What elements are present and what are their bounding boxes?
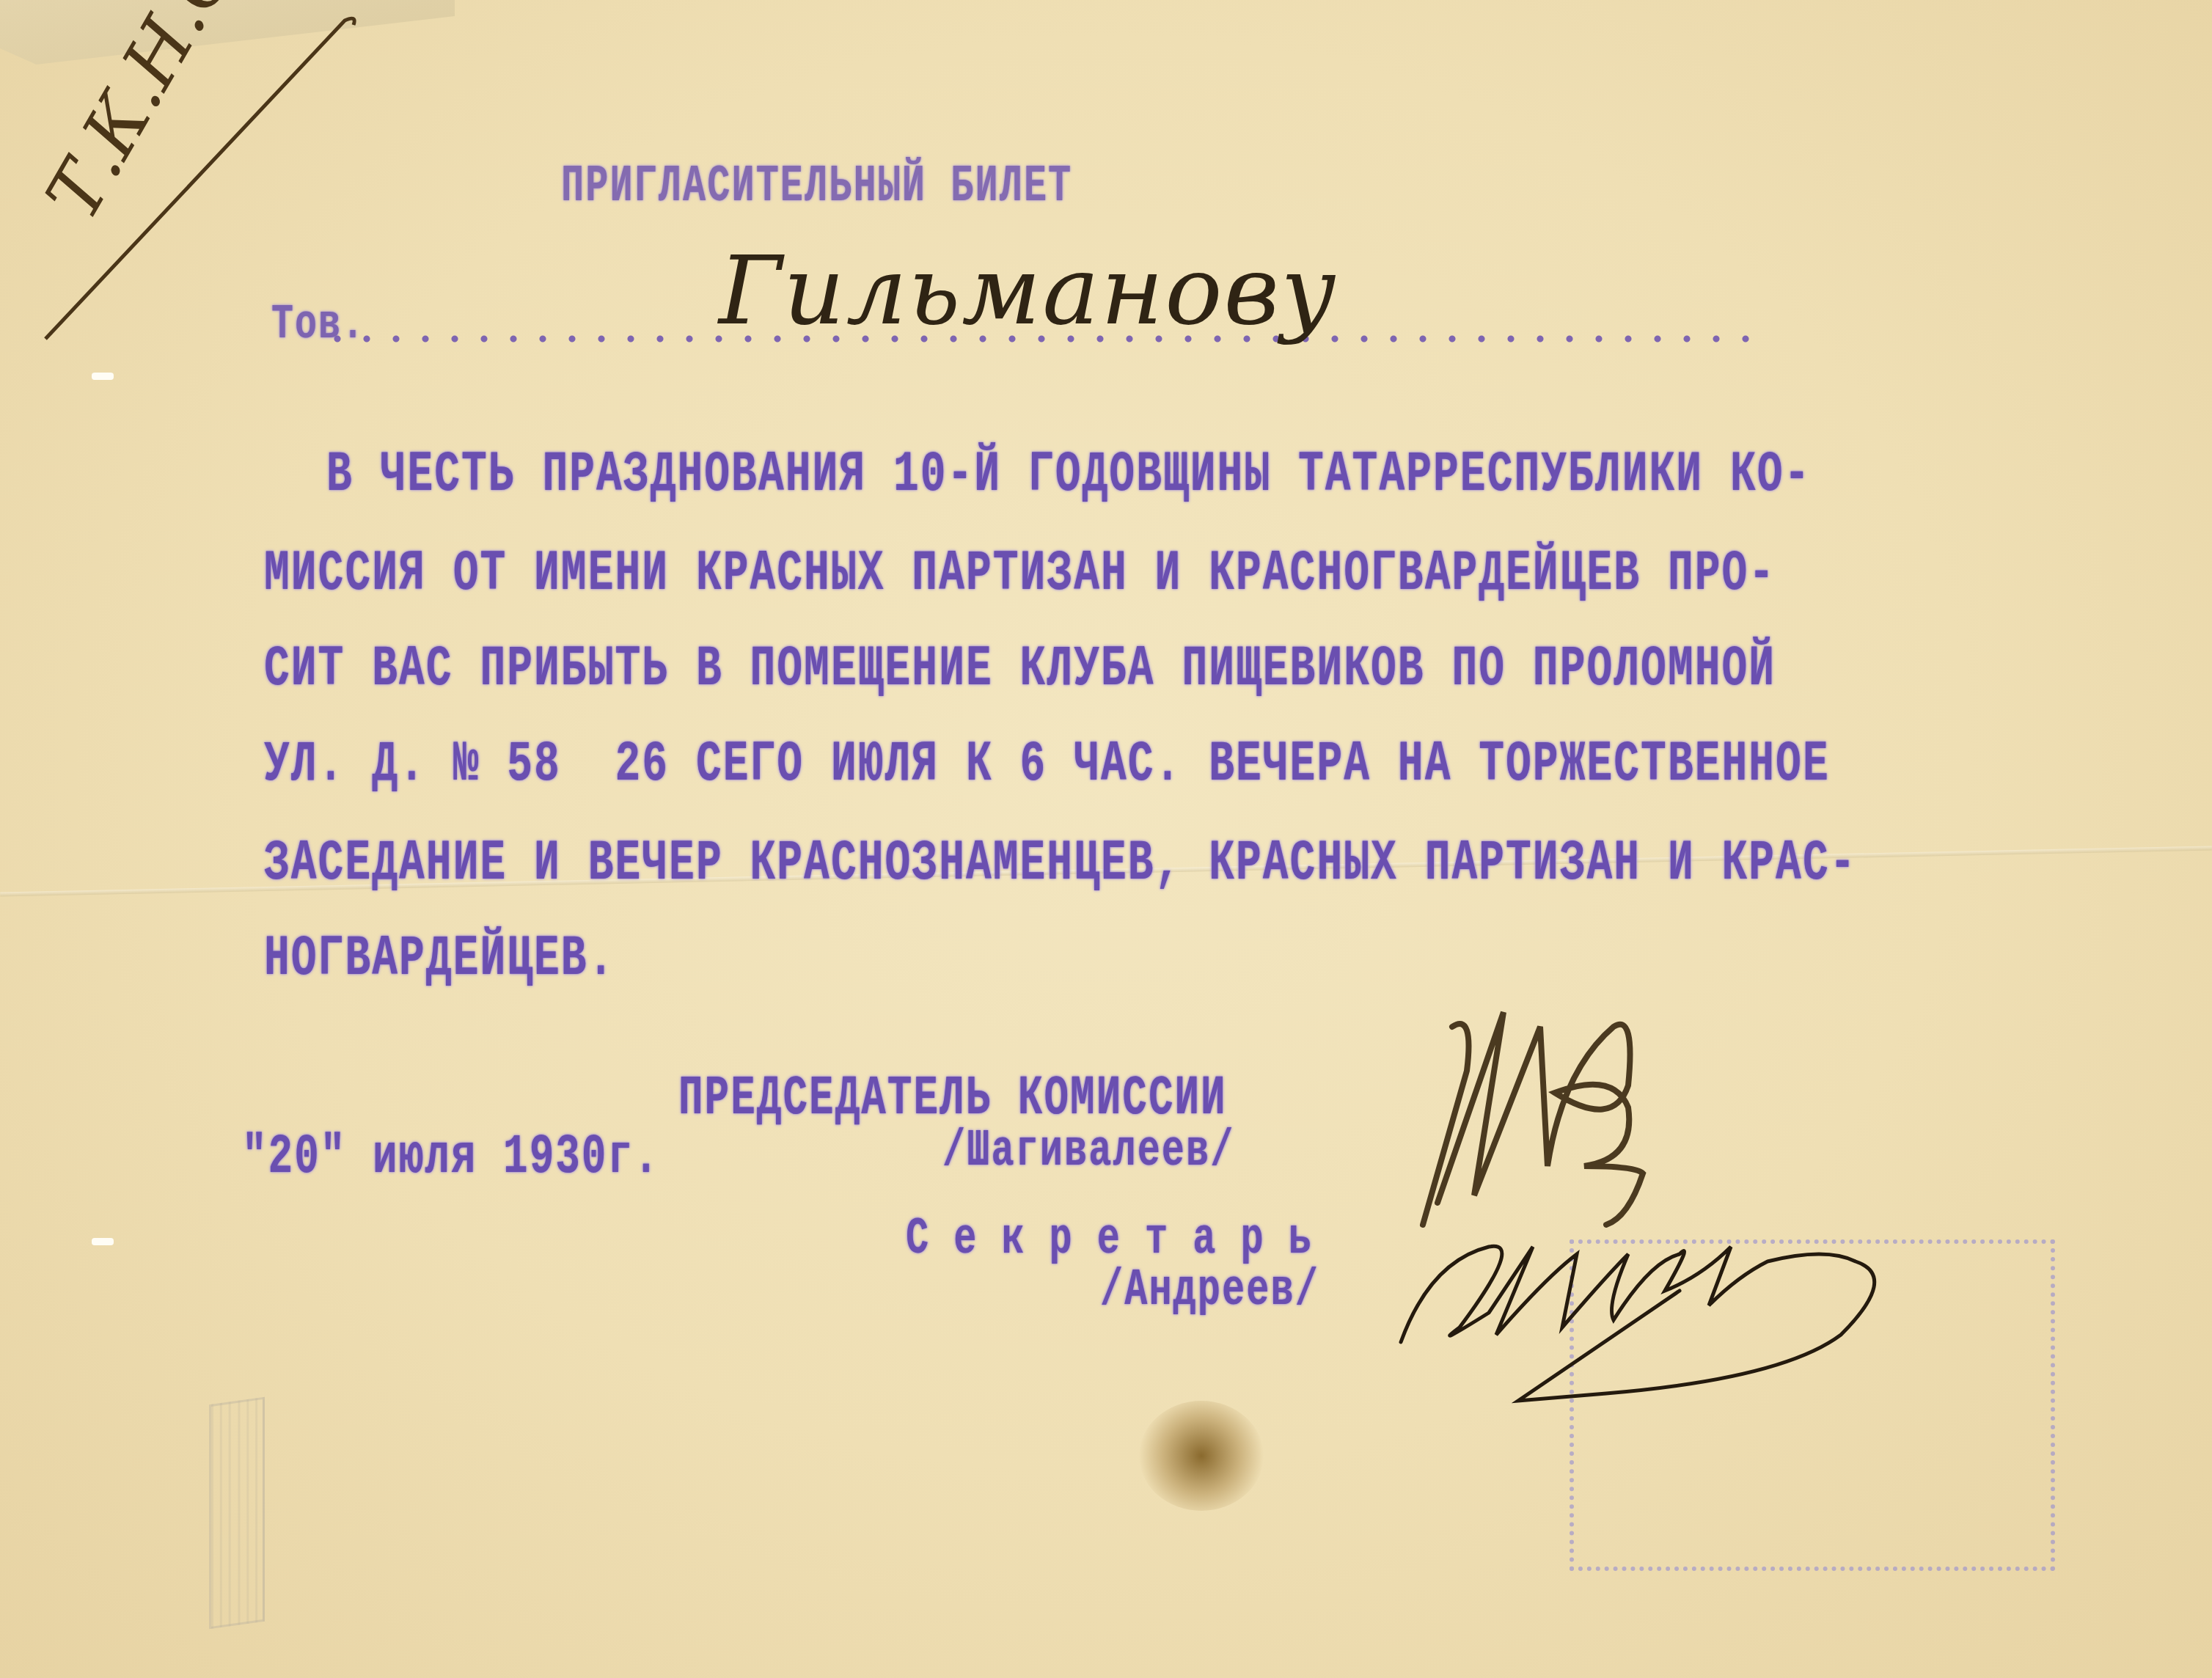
chair-title: ПРЕДСЕДАТЕЛЬ КОМИССИИ xyxy=(678,1067,1227,1130)
body-line-5: ЗАСЕДАНИЕ И ВЕЧЕР КРАСНОЗНАМЕНЦЕВ, КРАСН… xyxy=(264,832,1857,897)
addressee-name-handwritten: Гильманову xyxy=(719,235,1338,346)
body-line-6: НОГВАРДЕЙЦЕВ. xyxy=(264,928,615,992)
body-line-1: В ЧЕСТЬ ПРАЗДНОВАНИЯ 10-Й ГОДОВЩИНЫ ТАТА… xyxy=(326,444,1811,508)
secretary-signature xyxy=(1386,1203,2061,1423)
brown-stain xyxy=(1139,1401,1264,1511)
chair-name: /Шагивалеев/ xyxy=(942,1122,1234,1181)
secretary-name: /Андреев/ xyxy=(1100,1261,1319,1320)
addressee-label: Тов. xyxy=(271,297,365,353)
body-line-4: УЛ. Д. № 58 26 СЕГО ИЮЛЯ К 6 ЧАС. ВЕЧЕРА… xyxy=(264,733,1830,798)
body-line-2: МИССИЯ ОТ ИМЕНИ КРАСНЫХ ПАРТИЗАН И КРАСН… xyxy=(264,543,1776,607)
pencil-mark xyxy=(209,1397,265,1630)
body-line-3: СИТ ВАС ПРИБЫТЬ В ПОМЕЩЕНИЕ КЛУБА ПИЩЕВИ… xyxy=(264,638,1776,703)
punch-hole xyxy=(92,1238,114,1245)
secretary-title: Секретарь xyxy=(906,1210,1336,1269)
document-date: "20" июля 1930г. xyxy=(242,1126,660,1189)
document-title: ПРИГЛАСИТЕЛЬНЫЙ БИЛЕТ xyxy=(561,158,1072,216)
